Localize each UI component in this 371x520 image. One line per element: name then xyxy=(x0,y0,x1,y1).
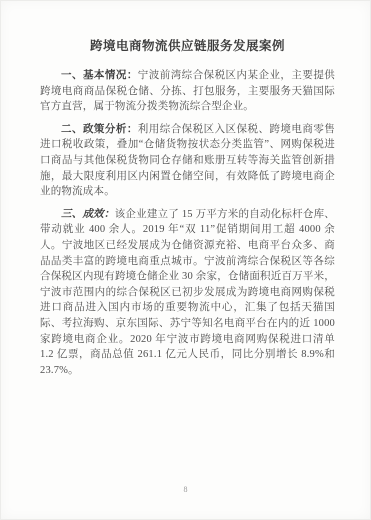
paragraph-basic-info: 一、基本情况：宁波前湾综合保税区内某企业，主要提供跨境电商商品保税仓储、分拣、打… xyxy=(40,68,335,115)
paragraph-results: 三、成效：该企业建立了 15 万平方米的自动化标杆仓库、带动就业 400 余人。… xyxy=(40,207,335,379)
section-text-results: 该企业建立了 15 万平方米的自动化标杆仓库、带动就业 400 余人。2019 … xyxy=(40,209,335,376)
section-label-basic-info: 一、基本情况： xyxy=(61,70,138,81)
document-page: 跨境电商物流供应链服务发展案例 一、基本情况：宁波前湾综合保税区内某企业，主要提… xyxy=(0,0,371,520)
section-label-policy-analysis: 二、政策分析： xyxy=(61,124,138,135)
page-title: 跨境电商物流供应链服务发展案例 xyxy=(40,38,335,54)
section-label-results: 三、成效： xyxy=(61,209,115,220)
paragraph-policy-analysis: 二、政策分析：利用综合保税区入区保税、跨境电商零售进口税收政策，叠加“仓储货物按… xyxy=(40,122,335,200)
page-number: 8 xyxy=(0,485,371,494)
